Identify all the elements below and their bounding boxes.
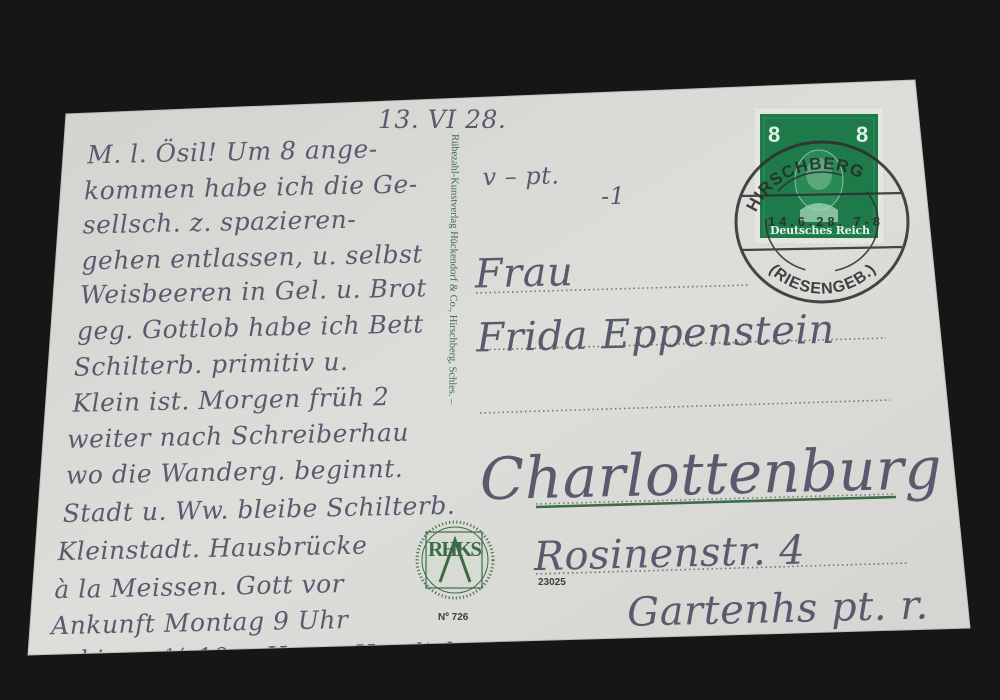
date-note: 13. VI 28. <box>378 105 506 134</box>
card-number: 23025 <box>538 577 566 588</box>
address-note: v – pt. <box>482 161 560 191</box>
address-mark: -1 <box>601 182 626 211</box>
postcard-photo: 13. VI 28. M. l. Ösil! Um 8 ange- kommen… <box>0 0 1000 700</box>
stamp-value-right: 8 <box>856 122 868 147</box>
address-recipient: Frida Eppenstein <box>475 307 836 362</box>
message-line: M. l. Ösil! Um 8 ange- <box>86 134 378 169</box>
address-street: Rosinenstr. 4 <box>532 527 805 580</box>
message-line: sellsch. z. spazieren- <box>82 205 356 240</box>
message-line: à la Meissen. Gott vor <box>54 569 346 604</box>
logo-number: Nº 726 <box>438 612 469 623</box>
address-city: Charlottenburg <box>479 434 943 513</box>
address-detail: Gartenhs pt. r. <box>627 582 930 635</box>
address-salutation: Frau <box>473 249 574 297</box>
stamp-value-left: 8 <box>768 122 780 147</box>
message-line: Schilterb. primitiv u. <box>73 347 348 382</box>
